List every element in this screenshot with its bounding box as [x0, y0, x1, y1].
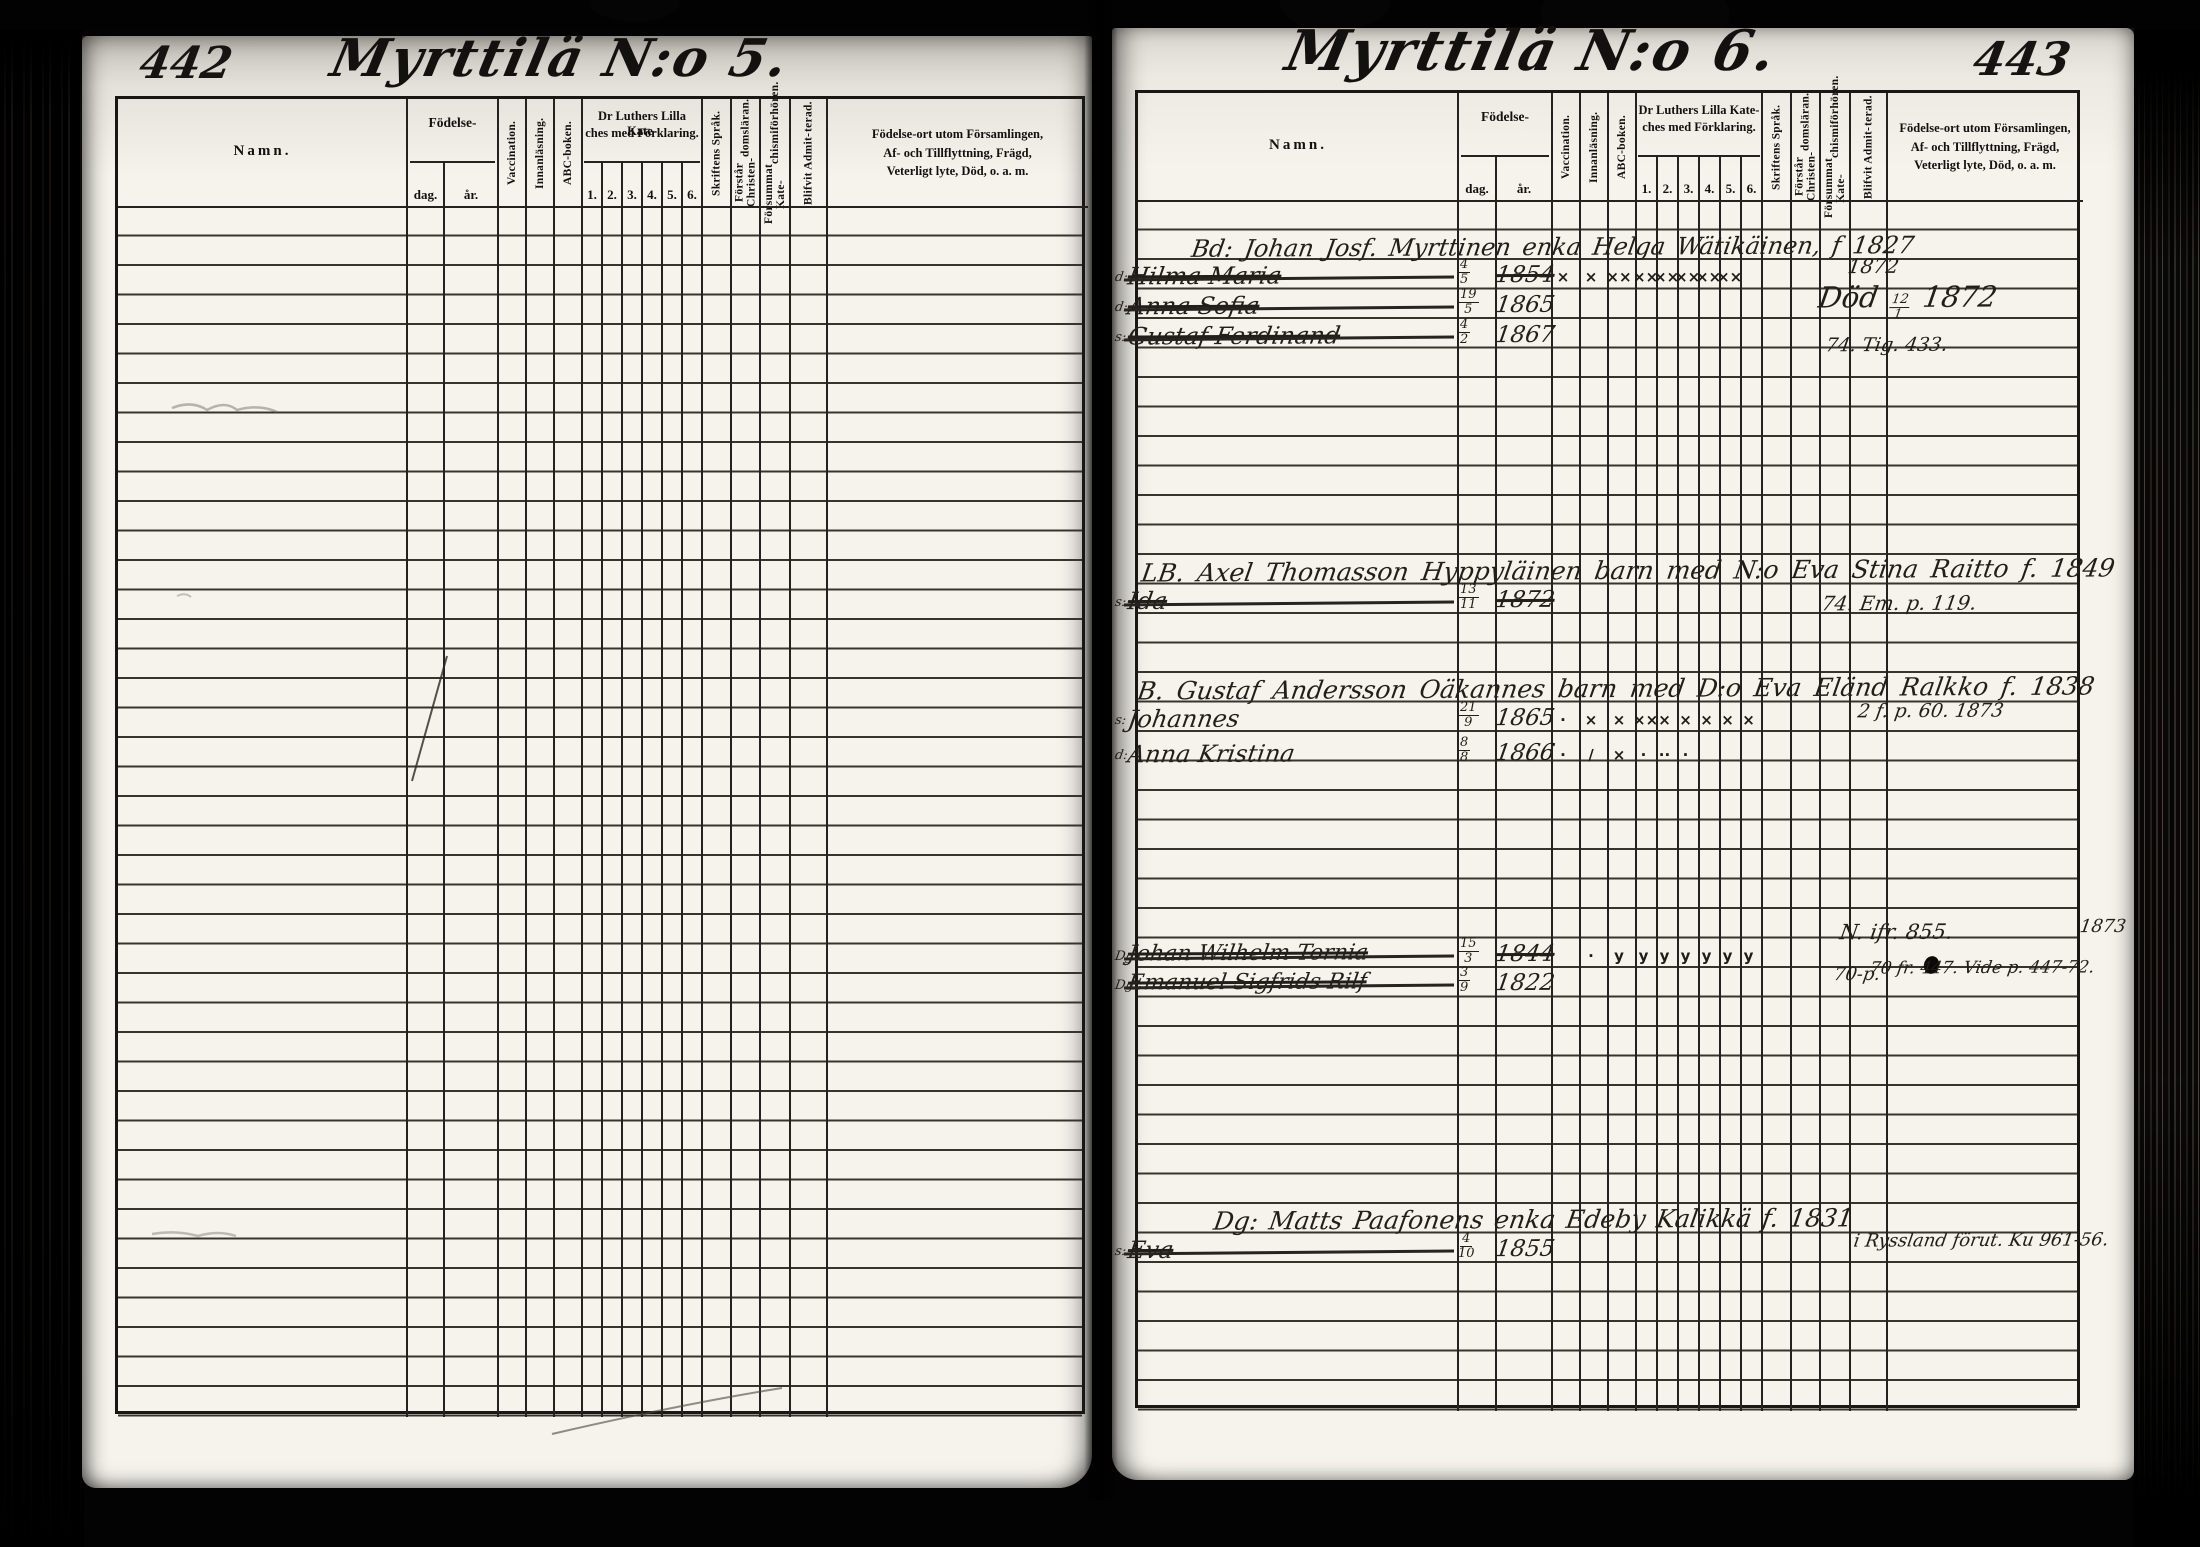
- page-title-right: Myrttilä N:o 6.: [1280, 18, 1783, 84]
- book-edge-left: [0, 0, 84, 1547]
- column-line-vacc: [1551, 93, 1553, 1411]
- book-scan: 442 Myrttilä N:o 5. Namn.Födelse-dag.år.…: [0, 0, 2200, 1547]
- column-line-innanl: [1579, 93, 1581, 1411]
- column-line-k1: [1635, 93, 1637, 1411]
- fodelse-label: Födelse-: [1458, 109, 1552, 125]
- vaccination-label: Vaccination.: [1552, 93, 1580, 201]
- book-edge-right: [2134, 0, 2200, 1547]
- column-line-k2: [1656, 155, 1658, 1411]
- forstar-christendomslaran-label: Förstår Christen-domsläran.: [1791, 93, 1820, 201]
- katekes-sub-1: 1.: [1636, 181, 1657, 197]
- column-line-k6: [1740, 155, 1742, 1411]
- abc-boken-label: ABC-boken.: [1608, 93, 1636, 201]
- column-header-vaccination: Vaccination.: [1552, 93, 1580, 201]
- header-bottom-line: [1138, 200, 2083, 202]
- book-gutter: [1084, 0, 1118, 1500]
- column-line-forstar: [1790, 93, 1792, 1411]
- page-right: Myrttilä N:o 6. 443 Namn.Födelse-dag.år.…: [1112, 28, 2134, 1480]
- page-left: 442 Myrttilä N:o 5. Namn.Födelse-dag.år.…: [82, 36, 1092, 1488]
- column-line-dag: [1457, 93, 1459, 1411]
- ar-label: år.: [1496, 181, 1552, 197]
- column-header-blifvit-admitterad: Blifvit Admit-terad.: [1850, 93, 1887, 201]
- column-line-ar: [1495, 155, 1497, 1411]
- stray-pen-marks: [82, 36, 1092, 1488]
- column-line-forsummat: [1819, 93, 1821, 1411]
- skriftens-sprak-label: Skriftens Språk.: [1762, 93, 1791, 201]
- katekes-sub-4: 4.: [1699, 181, 1720, 197]
- column-header-skriftens-sprak: Skriftens Språk.: [1762, 93, 1791, 201]
- register-table-right: Namn.Födelse-dag.år.Vaccination.Innanläs…: [1135, 90, 2080, 1408]
- column-line-blifvit: [1849, 93, 1851, 1411]
- namn-label: Namn.: [1138, 137, 1458, 154]
- column-header-namn: Namn.: [1138, 93, 1458, 201]
- column-header-forstar-christendomslaran: Förstår Christen-domsläran.: [1791, 93, 1820, 201]
- katekes-sub-6: 6.: [1741, 181, 1762, 197]
- column-line-abc: [1607, 93, 1609, 1411]
- column-header-abc-boken: ABC-boken.: [1608, 93, 1636, 201]
- column-line-k4: [1698, 155, 1700, 1411]
- column-header-fodelse: Födelse-dag.år.: [1458, 93, 1552, 201]
- column-header-notes: Födelse-ort utom Församlingen,Af- och Ti…: [1887, 93, 2083, 201]
- dag-label: dag.: [1458, 181, 1496, 197]
- admitted-year-johan_wilhelm: 1873: [2078, 916, 2127, 937]
- notes-label: Födelse-ort utom Församlingen,Af- och Ti…: [1887, 93, 2083, 201]
- column-header-innanlasning: Innanläsning.: [1580, 93, 1608, 201]
- katekes-label-1: Dr Luthers Lilla Kate-: [1636, 103, 1762, 118]
- column-line-k3: [1677, 155, 1679, 1411]
- katekes-sub-2: 2.: [1657, 181, 1678, 197]
- katekes-label-2: ches med Förklaring.: [1636, 120, 1762, 135]
- column-line-skrift: [1761, 93, 1763, 1411]
- blifvit-admitterad-label: Blifvit Admit-terad.: [1850, 93, 1887, 201]
- column-line-notes: [1886, 93, 1888, 1411]
- column-header-forsummat-katechismiforhoren: Försummat Kate-chismiförhören.: [1820, 93, 1850, 201]
- page-number-right: 443: [1969, 32, 2075, 86]
- katekes-sub-3: 3.: [1678, 181, 1699, 197]
- column-line-k5: [1719, 155, 1721, 1411]
- innanlasning-label: Innanläsning.: [1580, 93, 1608, 201]
- forsummat-katechismiforhoren-label: Försummat Kate-chismiförhören.: [1820, 93, 1850, 201]
- katekes-sub-5: 5.: [1720, 181, 1741, 197]
- fodelse-divider: [1461, 155, 1549, 157]
